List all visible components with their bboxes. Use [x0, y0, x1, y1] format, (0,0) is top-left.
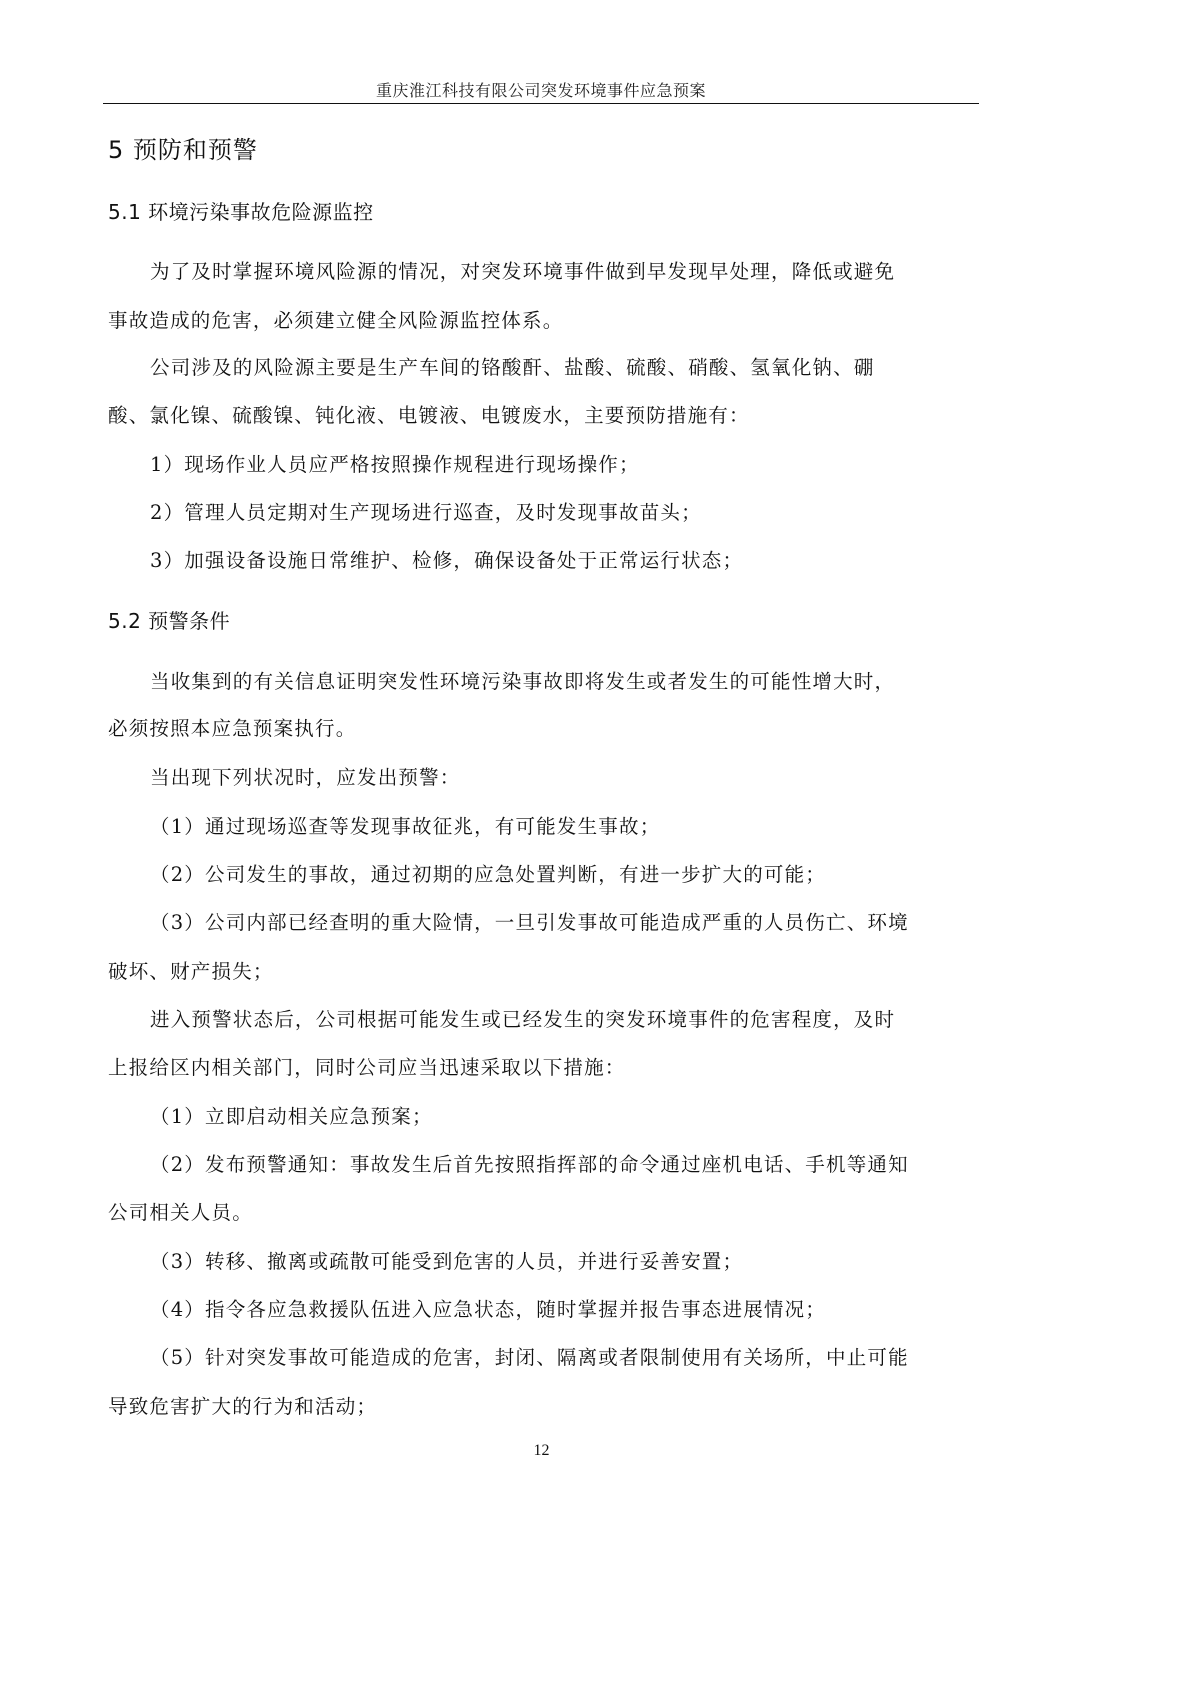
list-item-continued: 公司相关人员。	[108, 1197, 253, 1225]
paragraph-line: 必须按照本应急预案执行。	[108, 713, 356, 741]
paragraph-line: 为了及时掌握环境风险源的情况，对突发环境事件做到早发现早处理，降低或避免	[150, 256, 895, 284]
list-item: （4）指令各应急救援队伍进入应急状态，随时掌握并报告事态进展情况；	[150, 1294, 826, 1322]
list-item: 3）加强设备设施日常维护、检修，确保设备处于正常运行状态；	[150, 545, 743, 573]
page-header-title: 重庆淮江科技有限公司突发环境事件应急预案	[103, 78, 979, 101]
list-item: 2）管理人员定期对生产现场进行巡查，及时发现事故苗头；	[150, 497, 702, 525]
page-number: 12	[0, 1442, 1083, 1460]
paragraph-line: 公司涉及的风险源主要是生产车间的铬酸酐、盐酸、硫酸、硝酸、氢氧化钠、硼	[150, 352, 875, 380]
section-title: 5 预防和预警	[108, 130, 258, 165]
paragraph-line: 当出现下列状况时，应发出预警：	[150, 762, 461, 790]
list-item-continued: 破坏、财产损失；	[108, 956, 274, 984]
list-item: （2）公司发生的事故，通过初期的应急处置判断，有进一步扩大的可能；	[150, 859, 826, 887]
list-item-continued: 导致危害扩大的行为和活动；	[108, 1391, 377, 1419]
paragraph-line: 事故造成的危害，必须建立健全风险源监控体系。	[108, 305, 563, 333]
list-item: （1）通过现场巡查等发现事故征兆，有可能发生事故；	[150, 811, 660, 839]
header-rule	[103, 103, 979, 104]
list-item: 1）现场作业人员应严格按照操作规程进行现场操作；	[150, 449, 640, 477]
paragraph-line: 进入预警状态后，公司根据可能发生或已经发生的突发环境事件的危害程度，及时	[150, 1004, 895, 1032]
list-item: （1）立即启动相关应急预案；	[150, 1101, 433, 1129]
list-item: （3）转移、撤离或疏散可能受到危害的人员，并进行妥善安置；	[150, 1246, 743, 1274]
list-item: （2）发布预警通知：事故发生后首先按照指挥部的命令通过座机电话、手机等通知	[150, 1149, 909, 1177]
paragraph-line: 上报给区内相关部门，同时公司应当迅速采取以下措施：	[108, 1052, 626, 1080]
subsection-heading-5-1: 5.1 环境污染事故危险源监控	[108, 196, 374, 225]
paragraph-line: 酸、氯化镍、硫酸镍、钝化液、电镀液、电镀废水，主要预防措施有：	[108, 400, 750, 428]
list-item: （3）公司内部已经查明的重大险情，一旦引发事故可能造成严重的人员伤亡、环境	[150, 907, 909, 935]
paragraph-line: 当收集到的有关信息证明突发性环境污染事故即将发生或者发生的可能性增大时，	[150, 666, 895, 694]
list-item: （5）针对突发事故可能造成的危害，封闭、隔离或者限制使用有关场所，中止可能	[150, 1342, 909, 1370]
subsection-heading-5-2: 5.2 预警条件	[108, 605, 230, 634]
